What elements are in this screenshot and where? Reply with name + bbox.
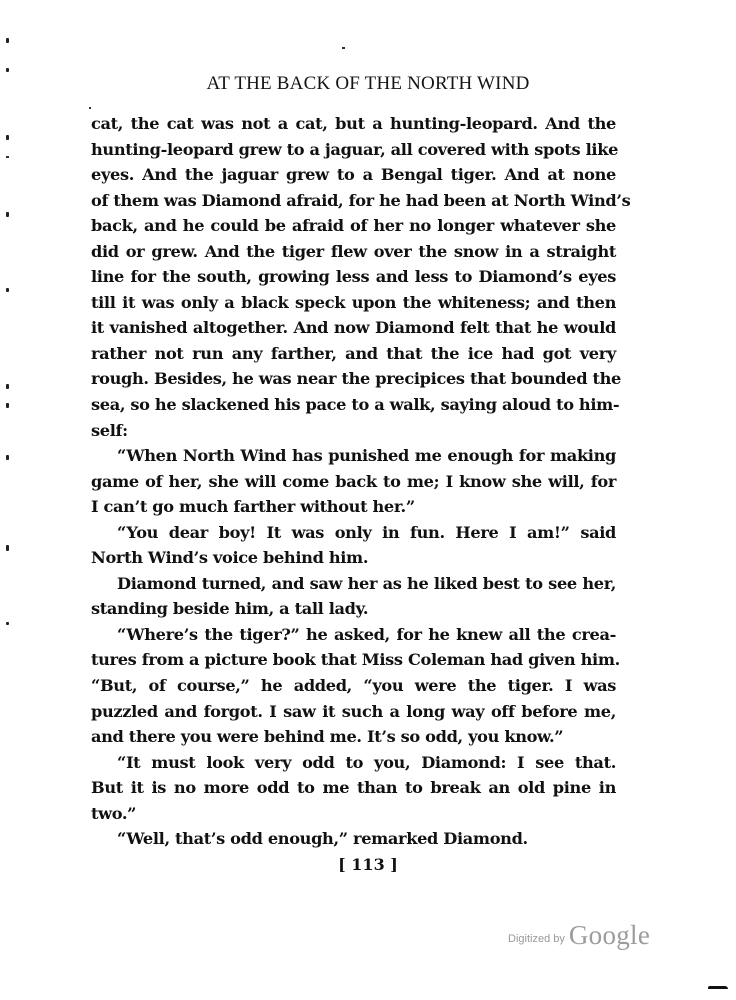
book-page: AT THE BACK OF THE NORTH WIND cat, the c…	[0, 0, 736, 1000]
scan-artifact-mark	[6, 135, 9, 140]
text-line: of them was Diamond afraid, for he had b…	[91, 188, 616, 214]
scan-artifact-mark	[6, 622, 9, 625]
text-line: But it is no more odd to me than to brea…	[91, 775, 616, 801]
text-line: “But, of course,” he added, “you were th…	[91, 673, 616, 699]
scan-artifact-mark	[6, 38, 9, 43]
scan-artifact-mark	[6, 212, 9, 217]
text-line: “Where’s the tiger?” he asked, for he kn…	[91, 622, 616, 648]
text-line: eyes. And the jaguar grew to a Bengal ti…	[91, 162, 616, 188]
text-line: “Well, that’s odd enough,” remarked Diam…	[91, 826, 616, 852]
body-text: cat, the cat was not a cat, but a huntin…	[91, 111, 616, 852]
text-line: I can’t go much farther without her.”	[91, 494, 616, 520]
google-logo-text: Google	[569, 920, 650, 950]
text-line: and there you were behind me. It’s so od…	[91, 724, 616, 750]
text-line: it vanished altogether. And now Diamond …	[91, 315, 616, 341]
digitized-by-google-watermark: Digitized by Google	[508, 920, 650, 951]
scan-artifact-mark	[6, 384, 9, 389]
scan-artifact-mark	[6, 545, 9, 551]
text-line: sea, so he slackened his pace to a walk,…	[91, 392, 616, 418]
scan-artifact-mark	[6, 403, 9, 408]
scan-artifact-mark	[342, 47, 345, 49]
watermark-prefix: Digitized by	[508, 933, 565, 945]
text-line: till it was only a black speck upon the …	[91, 290, 616, 316]
scan-artifact-mark	[6, 68, 9, 72]
text-line: North Wind’s voice behind him.	[91, 545, 616, 571]
scan-artifact-mark	[6, 288, 9, 292]
text-line: did or grew. And the tiger flew over the…	[91, 239, 616, 265]
text-line: tures from a picture book that Miss Cole…	[91, 647, 616, 673]
text-line: two.”	[91, 801, 616, 827]
text-line: self:	[91, 418, 616, 444]
text-line: rough. Besides, he was near the precipic…	[91, 366, 616, 392]
scan-artifact-mark	[6, 455, 9, 460]
text-line: puzzled and forgot. I saw it such a long…	[91, 699, 616, 725]
text-line: cat, the cat was not a cat, but a huntin…	[91, 111, 616, 137]
scan-artifact-mark	[89, 107, 91, 109]
running-head: AT THE BACK OF THE NORTH WIND	[0, 73, 736, 95]
scan-artifact-mark	[6, 156, 9, 158]
text-line: “You dear boy! It was only in fun. Here …	[91, 520, 616, 546]
text-line: back, and he could be afraid of her no l…	[91, 213, 616, 239]
text-line: “It must look very odd to you, Diamond: …	[91, 750, 616, 776]
scan-artifact-mark	[708, 986, 728, 989]
text-line: game of her, she will come back to me; I…	[91, 469, 616, 495]
text-line: rather not run any farther, and that the…	[91, 341, 616, 367]
page-number: [ 113 ]	[0, 855, 736, 874]
text-line: “When North Wind has punished me enough …	[91, 443, 616, 469]
text-line: standing beside him, a tall lady.	[91, 596, 616, 622]
text-line: line for the south, growing less and les…	[91, 264, 616, 290]
text-line: Diamond turned, and saw her as he liked …	[91, 571, 616, 597]
text-line: hunting-leopard grew to a jaguar, all co…	[91, 137, 616, 163]
